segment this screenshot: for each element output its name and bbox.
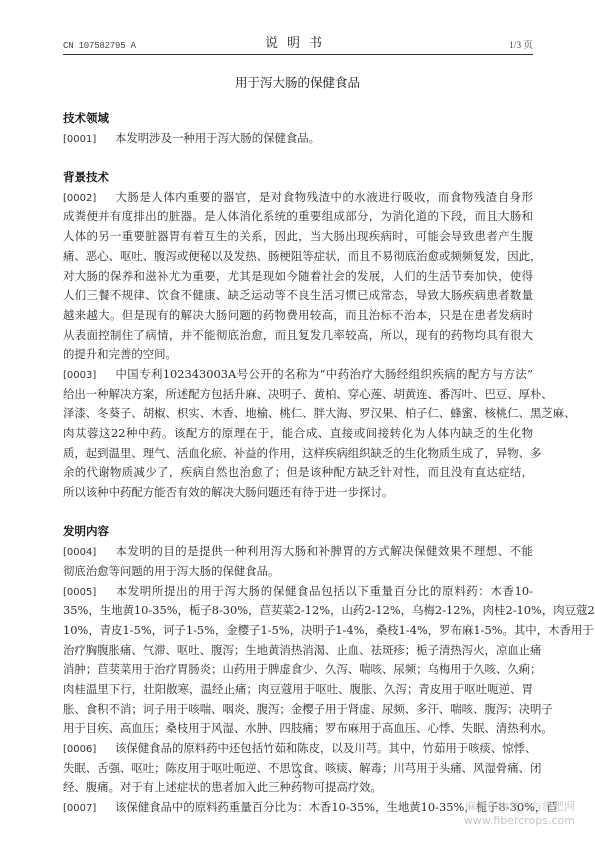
paragraph-number: [0004]	[63, 543, 115, 563]
paragraph-line: 用于目疾、高血压；桑枝用于风湿、水肿、四肢痛；罗布麻用于高血压、心悸、失眠、清热…	[63, 719, 533, 739]
paragraph-line: [0003]中国专利102343003A号公开的名称为“中药治疗大肠经组织疾病的…	[63, 365, 533, 385]
paragraph-number: [0001]	[63, 130, 115, 150]
paragraph-line: 成粪便并有度排出的脏器。是人体消化系统的重要组成部分，为消化道的下段，而且大肠和	[63, 207, 533, 227]
paragraph-line: 人们三餐不规律、饮食不健康、缺乏运动等不良生活习惯已成常态，导致大肠疾病患者数量	[63, 286, 533, 306]
paragraph-line: [0002]大肠是人体内重要的器官，是对食物残渣中的水液进行吸收，而食物残渣自身…	[63, 188, 533, 208]
paragraph-line: 消肿；苣荬菜用于治疗胃肠炎；山药用于脾虚食少、久泻、喘咳、尿频；乌梅用于久咳、久…	[63, 660, 533, 680]
paragraph-line: 肉苁蓉这22种中药。该配方的原理在于，能合成、直接或间接转化为人体内缺乏的生化物	[63, 424, 533, 444]
paragraph-line: 人体的另一重要脏器胃有着互生的关系，因此，当大肠出现疾病时，可能会导致患者产生腹	[63, 227, 533, 247]
section-heading-technical-field: 技术领域	[63, 109, 533, 129]
paragraph-line: 胀、食积不消；诃子用于咳喘、咽炎、腹泻；金樱子用于肾虚、尿频、多汗、喘咳、腹泻；…	[63, 700, 533, 720]
paragraph-line: 经、腹痛。对于有上述症状的患者加入此三种药物可提高疗效。	[63, 778, 533, 798]
watermark: 麻类作物营养与施肥网 www.fibercrops.com	[464, 800, 575, 828]
paragraph-line: 质，起到温里、理气、活血化瘀、补益的作用，这样疾病组织缺乏的生化物质生成了，异物…	[63, 444, 533, 464]
paragraph-line: [0004]本发明的目的是提供一种利用泻大肠和补脾胃的方式解决保健效果不理想、不…	[63, 542, 533, 562]
page-indicator: 1/3 页	[509, 37, 533, 51]
paragraph-line: 痛、恶心、呕吐、腹泻或便秘以及发热、肠梗阻等症状，而且不易彻底治愈或频频复发，因…	[63, 247, 533, 267]
paragraph-number: [0003]	[63, 366, 115, 386]
section-heading-summary: 发明内容	[63, 522, 533, 542]
document-title: 用于泻大肠的保健食品	[0, 73, 595, 91]
paragraph-line: 对大肠的保养和滋补尤为重要，尤其是现如今随着社会的发展，人们的生活节奏加快，使得	[63, 267, 533, 287]
paragraph-line: 的提升和完善的空间。	[63, 345, 533, 365]
paragraph-number: [0006]	[63, 740, 115, 760]
paragraph-line: 治疗胸腹胀痛、气滞、呕吐、腹泻；生地黄消热消渴、止血、祛斑疹；栀子清热泻火，凉血…	[63, 641, 533, 661]
watermark-site-name: 麻类作物营养与施肥网	[464, 800, 575, 814]
paragraph-line: 从表面控制住了病情，并不能彻底治愈，而且复发几率较高，所以，现有的药物均具有很大	[63, 326, 533, 346]
paragraph-line: 35%，生地黄10-35%，栀子8-30%，苣荬菜2-12%，山药2-12%，乌…	[63, 601, 533, 621]
paragraph-line: 彻底治愈等问题的用于泻大肠的保健食品。	[63, 562, 533, 582]
page-header: CN 107582795 A 说明书 1/3 页	[63, 36, 533, 55]
document-body: 技术领域 [0001]本发明涉及一种用于泻大肠的保健食品。 背景技术 [0002…	[63, 109, 533, 818]
paragraph-line: 泽漆、冬葵子、胡椒、枳实、木香、地榆、桃仁、胖大海、罗汉果、柏子仁、蜂蜜、核桃仁…	[63, 404, 533, 424]
paragraph-line: [0001]本发明涉及一种用于泻大肠的保健食品。	[63, 129, 533, 149]
paragraph-line: [0005]本发明所提出的用于泻大肠的保健食品包括以下重量百分比的原料药：木香1…	[63, 582, 533, 602]
paragraph-line: 余的代谢物质减少了，疾病自然也治愈了；但是该种配方缺乏针对性，而且没有直达症结，	[63, 463, 533, 483]
paragraph-line: 越来越大。但是现有的解决大肠问题的药物费用较高，而且治标不治本，只是在患者发病时	[63, 306, 533, 326]
paragraph-line: 肉桂温里下行，壮阳散寒，温经止痛；肉豆蔻用于呕吐、腹胀、久泻；青皮用于呕吐呃逆、…	[63, 680, 533, 700]
document-type: 说明书	[63, 32, 533, 51]
paragraph-line: 所以该种中药配方能否有效的解决大肠问题还有待于进一步探讨。	[63, 483, 533, 503]
paragraph-number: [0005]	[63, 583, 115, 603]
paragraph-line: 10%，青皮1-5%，诃子1-5%，金樱子1-5%，决明子1-4%，桑枝1-4%…	[63, 621, 533, 641]
paragraph-line: 给出一种解决方案，所述配方包括升麻、决明子、黄柏、穿心莲、胡黄连、番泻叶、巴豆、…	[63, 385, 533, 405]
paragraph-number: [0002]	[63, 189, 115, 209]
page-number: 3	[0, 770, 595, 781]
watermark-url: www.fibercrops.com	[464, 814, 575, 828]
section-heading-background: 背景技术	[63, 168, 533, 188]
paragraph-number: [0007]	[63, 799, 115, 819]
paragraph-line: [0007]该保健食品中的原料药重量百分比为：木香10-35%，生地黄10-35…	[63, 798, 533, 818]
paragraph-line: [0006]该保健食品的原料药中还包括竹茹和陈皮，以及川芎。其中，竹茹用于咳痰、…	[63, 739, 533, 759]
